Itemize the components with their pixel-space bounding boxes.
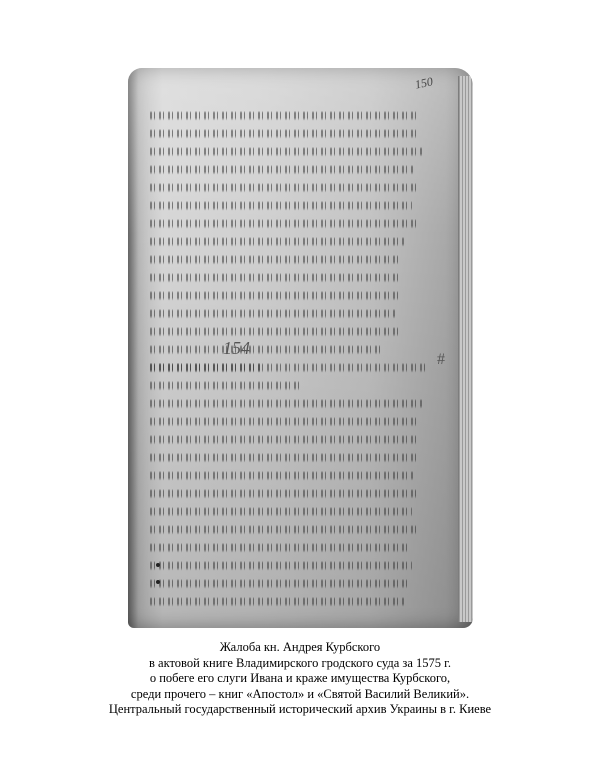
caption-line: Центральный государственный исторический… xyxy=(0,702,600,718)
handwritten-block-top xyxy=(150,108,430,378)
caption-line: о побеге его слуги Ивана и краже имущест… xyxy=(0,671,600,687)
caption-line: среди прочего – книг «Апостол» и «Святой… xyxy=(0,687,600,703)
figure-caption: Жалоба кн. Андрея Курбского в актовой кн… xyxy=(0,640,600,718)
binding-hole xyxy=(156,563,160,567)
page-edge-stack xyxy=(458,76,473,622)
handwritten-block-bottom xyxy=(150,360,430,612)
margin-mark: # xyxy=(437,351,445,369)
folio-number: 150 xyxy=(414,74,435,92)
manuscript-photo: 150 154 # xyxy=(128,68,473,628)
caption-line: в актовой книге Владимирского гродского … xyxy=(0,656,600,672)
binding-hole xyxy=(156,580,160,584)
entry-number: 154 xyxy=(223,338,250,359)
caption-line: Жалоба кн. Андрея Курбского xyxy=(0,640,600,656)
